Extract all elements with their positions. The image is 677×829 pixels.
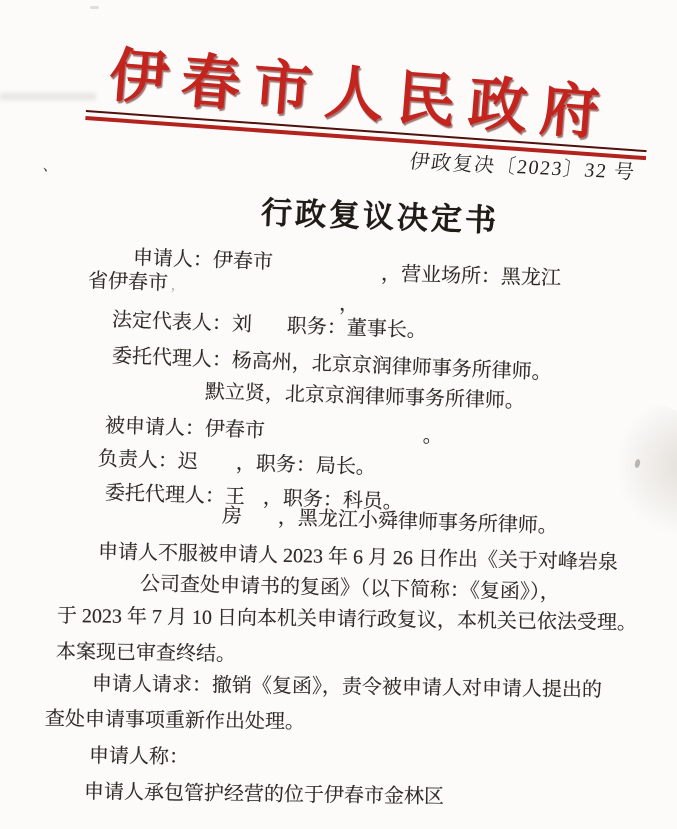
line-director: 负责人：迟，职务：局长。 [98,446,377,481]
body-para1-line1: 申请人不服被申请人 2023 年 6 月 26 日作出《关于对峰岩泉 [98,539,618,576]
body-para1-line3: 于 2023 年 7 月 10 日向本机关申请行政复议，本机关已依法受理。 [57,603,637,636]
body-para3: 申请人称： [89,743,189,770]
scanned-document-page: 、 伊春市人民政府 伊政复决〔2023〕32 号 行政复议决定书 申请人：伊春市… [0,0,677,829]
line-agent1: 委托代理人：杨高州，北京京润律师事务所律师。 [112,343,553,386]
line-respondent: 被申请人：伊春市。 [105,413,444,450]
body-para1-line2: 公司查处申请书的复函》（以下简称：《复函》）， [140,571,560,606]
director-name: 负责人：迟 [98,448,199,473]
line-applicant-right: ，营业场所：黑龙江 [381,261,562,292]
legal-rep-duty: 职务：董事长。 [287,315,428,342]
body-para2-line1: 申请人请求：撤销《复函》，责令被申请人对申请人提出的 [92,671,602,703]
faint-punctuation-mark: ， [171,278,184,293]
body-para1-line4: 本案现已审查终结。 [56,639,236,668]
director-duty: ，职务：局长。 [236,452,377,478]
document-title: 行政复议决定书 [260,187,499,240]
line-resp-agent2: 房，黑龙江小舜律师事务所律师。 [222,503,559,540]
scan-streak [0,93,96,100]
line-legal-rep: 法定代表人：刘职务：董事长。 [112,307,428,344]
body-para2-line2: 查处申请事项重新作出处理。 [45,706,305,735]
line-agent2: 默立贤，北京京润律师事务所律师。 [205,379,526,414]
margin-tick-mark: 、 [42,154,59,176]
stray-comma: ， [339,291,359,317]
scan-fleck [90,6,99,9]
resp-agent2-name: 房 [222,505,243,528]
legal-rep-name: 法定代表人：刘 [112,309,253,336]
line-applicant-continuation: 省伊春市， [88,268,185,299]
respondent-name: 被申请人：伊春市 [105,415,266,442]
scan-smudge [612,405,677,540]
respondent-period: 。 [422,425,443,448]
body-para4: 申请人承包管护经营的位于伊春市金林区 [84,779,444,810]
resp-agent2-firm: ，黑龙江小舜律师事务所律师。 [278,507,559,538]
applicant-continuation-text: 省伊春市 [88,270,169,295]
